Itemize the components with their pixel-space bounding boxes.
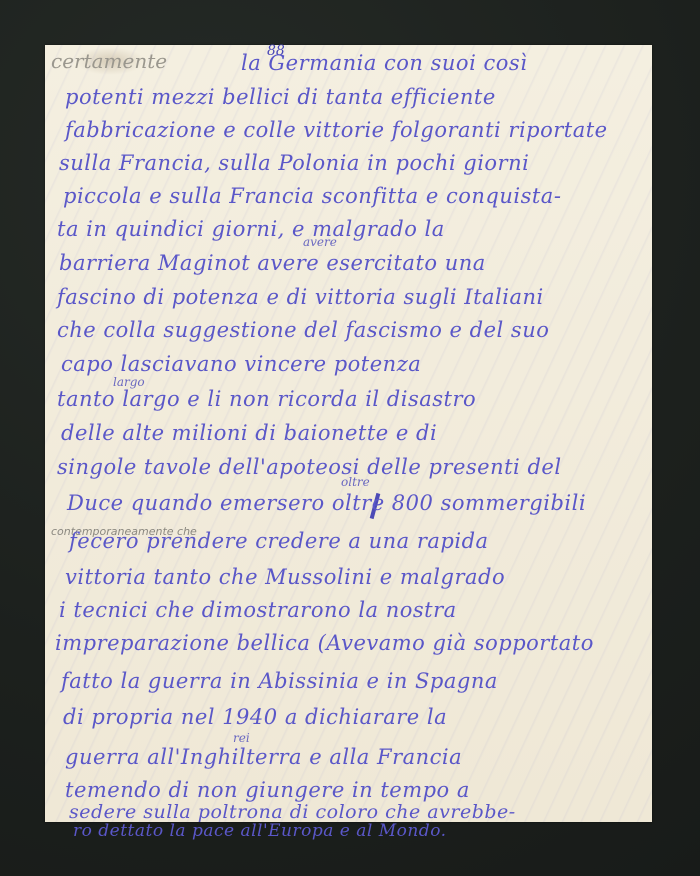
- text-line-1: la Germania con suoi così: [241, 51, 527, 75]
- text-line-14: Duce quando emersero oltre 800 sommergib…: [67, 491, 586, 515]
- text-line-3: fabbricazione e colle vittorie folgorant…: [65, 118, 608, 142]
- pencil-margin-note-top: certamente: [51, 49, 167, 73]
- text-line-11: tanto largo e li non ricorda il disastro: [57, 387, 476, 411]
- text-line-15: fecero prendere credere a una rapida: [69, 529, 489, 553]
- text-line-13: singole tavole dell'apoteosi delle prese…: [57, 455, 562, 479]
- text-line-18: impreparazione bellica (Avevamo già sopp…: [55, 631, 594, 655]
- text-line-2: potenti mezzi bellici di tanta efficient…: [65, 85, 496, 109]
- text-line-21: guerra all'Inghilterra e alla Francia: [65, 745, 462, 769]
- text-line-5: piccola e sulla Francia sconfitta e conq…: [63, 184, 561, 208]
- text-line-23: sedere sulla poltrona di coloro che avre…: [69, 801, 516, 823]
- manuscript-page: 88 certamente la Germania con suoi così …: [45, 45, 652, 822]
- text-line-4: sulla Francia, sulla Polonia in pochi gi…: [59, 151, 529, 175]
- insert-oltre: oltre: [341, 475, 370, 489]
- text-line-12: delle alte milioni di baionette e di: [61, 421, 437, 445]
- text-line-22: temendo di non giungere in tempo a: [65, 778, 470, 802]
- text-line-19: fatto la guerra in Abissinia e in Spagna: [61, 669, 498, 693]
- text-line-8: fascino di potenza e di vittoria sugli I…: [57, 285, 544, 309]
- text-line-6: ta in quindici giorni, e malgrado la: [57, 217, 445, 241]
- text-line-10: capo lasciavano vincere potenza: [61, 352, 421, 376]
- text-line-20: di propria nel 1940 a dichiarare la: [63, 705, 447, 729]
- text-line-9: che colla suggestione del fascismo e del…: [57, 318, 549, 342]
- text-line-24: ro dettato la pace all'Europa e al Mondo…: [73, 821, 447, 841]
- insert-rei: rei: [233, 731, 250, 745]
- text-line-16: vittoria tanto che Mussolini e malgrado: [65, 565, 505, 589]
- insert-avere: avere: [303, 235, 337, 249]
- text-line-17: i tecnici che dimostrarono la nostra: [59, 598, 457, 622]
- text-line-7: barriera Maginot avere esercitato una: [59, 251, 486, 275]
